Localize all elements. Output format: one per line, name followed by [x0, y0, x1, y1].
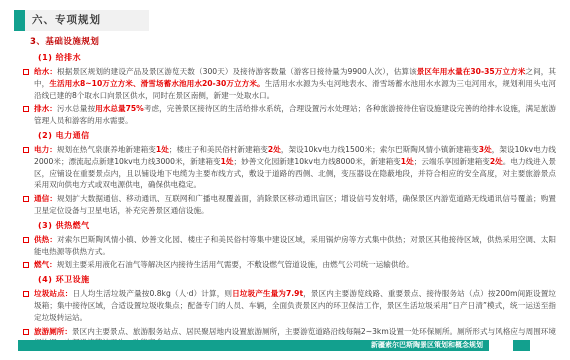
bullet-paragraph: 给水：根据景区规划的建设产品及景区游览天数（300天）及接待游客数量（游客日接待… — [22, 66, 556, 101]
highlight-text: 用水总量75% — [95, 104, 144, 113]
body-text: ，架设10kv电力线1500米；索尔巴斯陶风情小镇新建箱变 — [281, 145, 479, 154]
highlight-text: 2处 — [490, 157, 503, 166]
highlight-text: 生活用水8~10万立方米、滑雪场蓄水池用水20-30万立方米。 — [49, 79, 264, 88]
bullet-label: 通信： — [34, 194, 57, 203]
bullet-square-icon — [23, 329, 29, 335]
body-text: ；妙善文化园新建10kv电力线8000米，新建箱变 — [234, 157, 401, 166]
bullet-paragraph: 通信：规划扩大数据通信、移动通讯、互联网和广播电视覆盖面，消除景区移动通讯盲区；… — [22, 193, 556, 217]
bullet-square-icon — [23, 262, 29, 268]
body-text: 污水总量按 — [57, 104, 95, 113]
bullet-square-icon — [23, 196, 29, 202]
highlight-text: 景区年用水量在30-35万立方米 — [417, 67, 526, 76]
bullet-label: 燃气： — [34, 260, 57, 269]
bullet-square-icon — [23, 291, 29, 297]
section-heading: (2) 电力通信 — [38, 130, 556, 141]
bullet-label: 电力： — [34, 145, 57, 154]
body-text: 对索尔巴斯陶风情小镇、妙善文化园、楼庄子和美民俗村等集中建设区域，采用锅炉房等方… — [34, 235, 556, 256]
section-subtitle: 3、基础设施规划 — [30, 35, 99, 47]
bullet-label: 垃圾站点： — [34, 289, 73, 298]
section-heading: (1) 给排水 — [38, 52, 556, 63]
section-heading: (4) 环卫设施 — [38, 274, 556, 285]
body-text: 日人均生活垃圾产量按0.8kg（人·d）计算，则 — [73, 289, 233, 298]
slide-header: 六、专项规划 — [14, 10, 149, 31]
footer-bar: 新疆索尔巴斯陶景区策划和概念规划 — [18, 340, 489, 351]
bullet-label: 旅游厕所： — [34, 327, 72, 336]
highlight-text: 日垃圾产生量为7.9t — [232, 289, 303, 298]
body-text: ；楼庄子和美民俗村新建箱变 — [169, 145, 268, 154]
body-text: 规划在热气泉康养地新建箱变 — [57, 145, 156, 154]
highlight-text: 1处 — [156, 145, 169, 154]
body-text: 规划扩大数据通信、移动通讯、互联网和广播电视覆盖面，消除景区移动通讯盲区；增设信… — [34, 194, 556, 215]
bullet-square-icon — [23, 106, 29, 112]
bullet-paragraph: 排水：污水总量按用水总量75%考虑，完善景区接待区的生活给排水系统，合理设置污水… — [22, 103, 556, 127]
content: (1) 给排水给水：根据景区规划的建设产品及景区游览天数（300天）及接待游客数… — [22, 49, 556, 351]
footer-teal-block — [513, 340, 530, 351]
bullet-label: 排水： — [34, 104, 57, 113]
teal-accent-bar — [14, 10, 25, 31]
bullet-paragraph: 供热：对索尔巴斯陶风情小镇、妙善文化园、楼庄子和美民俗村等集中建设区域，采用锅炉… — [22, 234, 556, 258]
highlight-text: 2处 — [268, 145, 281, 154]
section-heading: (3) 供热燃气 — [38, 220, 556, 231]
bullet-label: 给水： — [34, 67, 57, 76]
highlight-text: 1处 — [401, 157, 414, 166]
body-text: 规划主要采用液化石油气等解决区内接待生活用气需要，不敷设燃气管道设施，由燃气公司… — [57, 260, 414, 269]
slide: 六、专项规划 3、基础设施规划 (1) 给排水给水：根据景区规划的建设产品及景区… — [0, 0, 570, 360]
bullet-label: 供热： — [34, 235, 57, 244]
highlight-text: 1处 — [221, 157, 234, 166]
bullet-square-icon — [23, 69, 29, 75]
bullet-paragraph: 燃气：规划主要采用液化石油气等解决区内接待生活用气需要，不敷设燃气管道设施，由燃… — [22, 259, 556, 271]
highlight-text: 3处 — [479, 145, 492, 154]
body-text: 根据景区规划的建设产品及景区游览天数（300天）及接待游客数量（游客日接待量为9… — [57, 67, 417, 76]
body-text: ；云端乐享园新建箱变 — [414, 157, 490, 166]
bullet-square-icon — [23, 147, 29, 153]
bullet-square-icon — [23, 237, 29, 243]
bullet-paragraph: 垃圾站点：日人均生活垃圾产量按0.8kg（人·d）计算，则日垃圾产生量为7.9t… — [22, 288, 556, 323]
page-title: 六、专项规划 — [25, 10, 149, 31]
bullet-paragraph: 电力：规划在热气泉康养地新建箱变1处；楼庄子和美民俗村新建箱变2处，架设10kv… — [22, 144, 556, 191]
